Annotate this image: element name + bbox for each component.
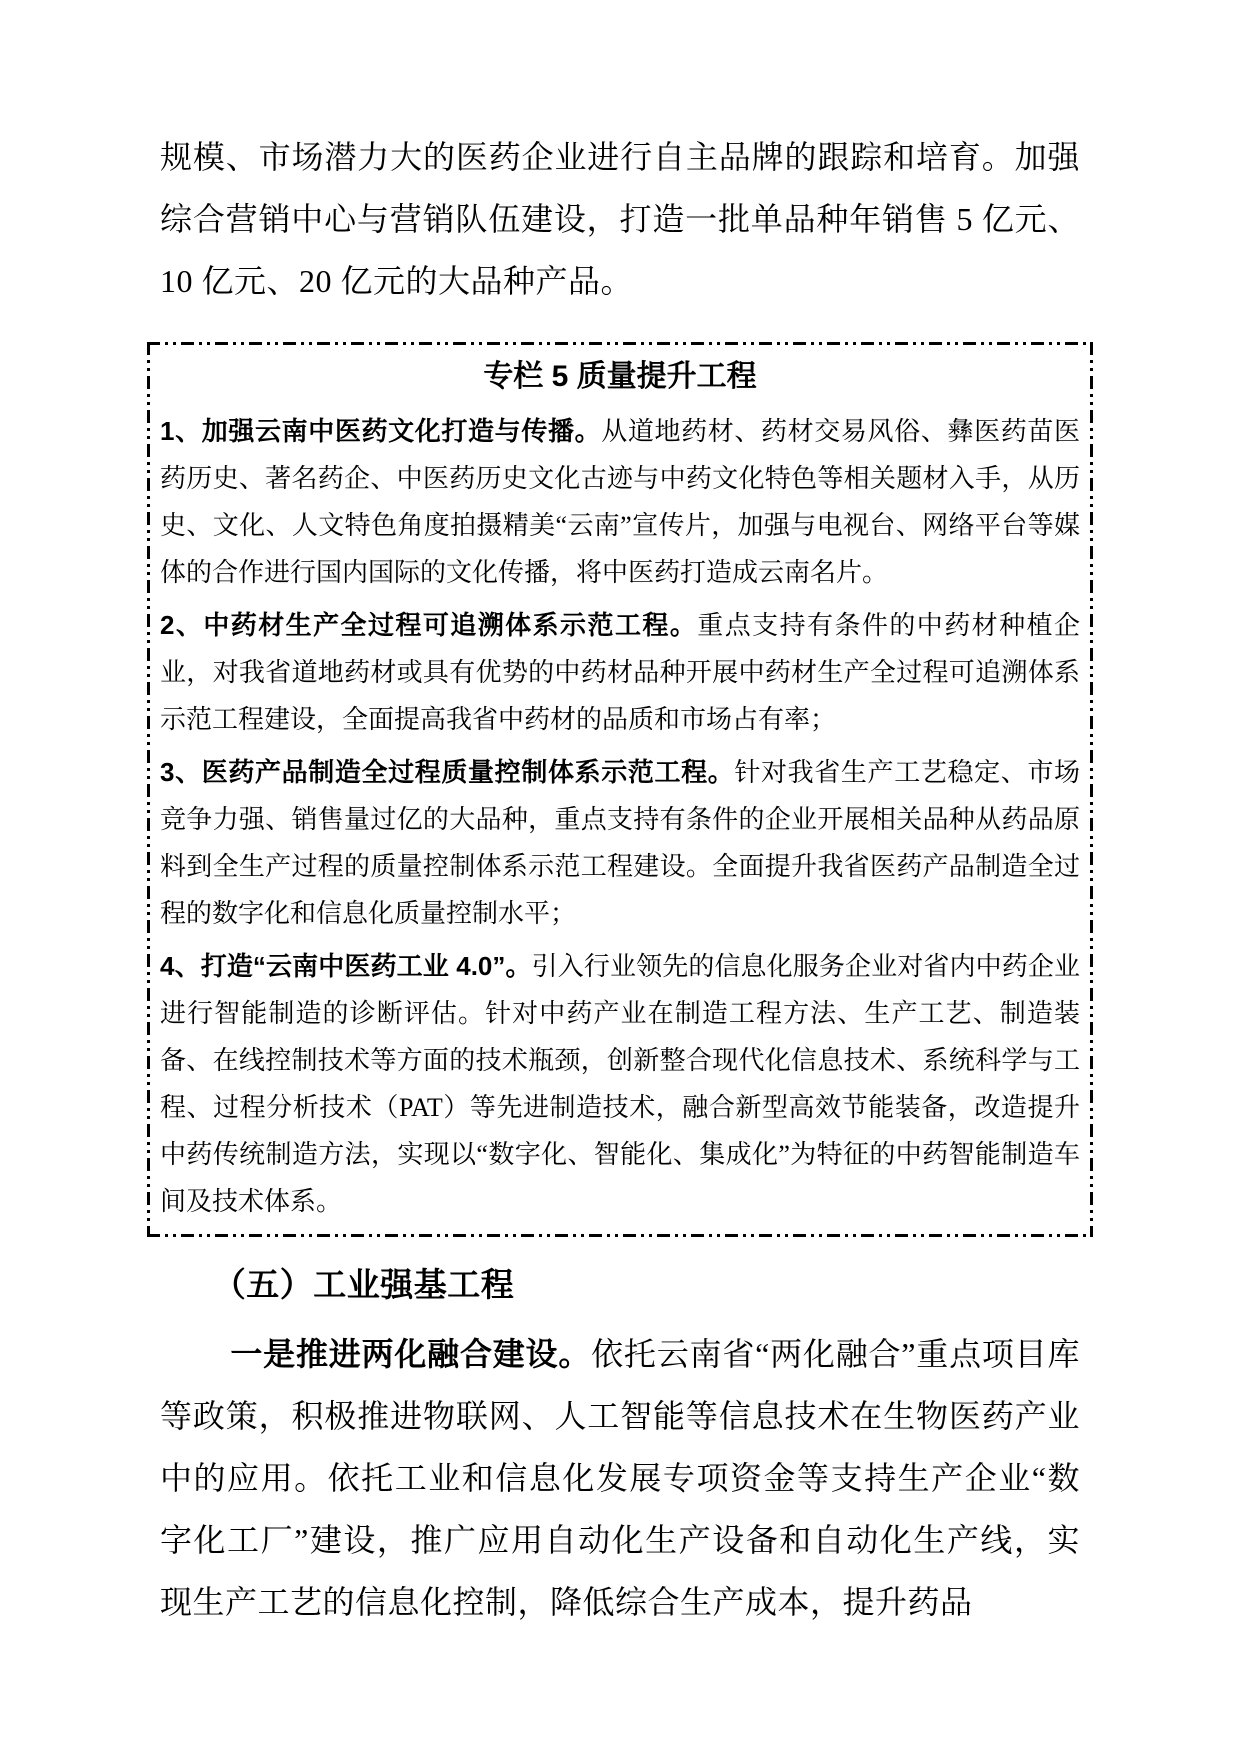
callout-item-3: 3、医药产品制造全过程质量控制体系示范工程。针对我省生产工艺稳定、市场竞争力强、…	[160, 749, 1080, 937]
paragraph-bottom-text: 依托云南省“两化融合”重点项目库等政策，积极推进物联网、人工智能等信息技术在生物…	[160, 1336, 1080, 1620]
page-content: 规模、市场潜力大的医药企业进行自主品牌的跟踪和培育。加强综合营销中心与营销队伍建…	[160, 126, 1080, 312]
page-content-lower: （五）工业强基工程 一是推进两化融合建设。依托云南省“两化融合”重点项目库等政策…	[160, 1261, 1080, 1633]
callout-item-2-lead: 2、中药材生产全过程可追溯体系示范工程。	[160, 610, 697, 640]
callout-item-2: 2、中药材生产全过程可追溯体系示范工程。重点支持有条件的中药材种植企业，对我省道…	[160, 602, 1080, 743]
paragraph-bottom: 一是推进两化融合建设。依托云南省“两化融合”重点项目库等政策，积极推进物联网、人…	[160, 1323, 1080, 1633]
callout-item-4-lead: 4、打造“云南中医药工业 4.0”。	[160, 951, 532, 981]
callout-item-4-text: 引入行业领先的信息化服务企业对省内中药企业进行智能制造的诊断评估。针对中药产业在…	[160, 952, 1080, 1216]
callout-item-4: 4、打造“云南中医药工业 4.0”。引入行业领先的信息化服务企业对省内中药企业进…	[160, 943, 1080, 1225]
callout-item-1-lead: 1、加强云南中医药文化打造与传播。	[160, 416, 601, 446]
callout-box-quality-project: 专栏 5 质量提升工程 1、加强云南中医药文化打造与传播。从道地药材、药材交易风…	[147, 342, 1093, 1237]
callout-item-3-lead: 3、医药产品制造全过程质量控制体系示范工程。	[160, 757, 734, 787]
paragraph-top: 规模、市场潜力大的医药企业进行自主品牌的跟踪和培育。加强综合营销中心与营销队伍建…	[160, 126, 1080, 312]
section-heading: （五）工业强基工程	[160, 1261, 1080, 1311]
callout-item-1: 1、加强云南中医药文化打造与传播。从道地药材、药材交易风俗、彝医药苗医药历史、著…	[160, 408, 1080, 596]
paragraph-bottom-lead: 一是推进两化融合建设。	[230, 1336, 591, 1372]
document-page: 规模、市场潜力大的医药企业进行自主品牌的跟踪和培育。加强综合营销中心与营销队伍建…	[0, 0, 1240, 1754]
callout-title: 专栏 5 质量提升工程	[160, 352, 1080, 402]
